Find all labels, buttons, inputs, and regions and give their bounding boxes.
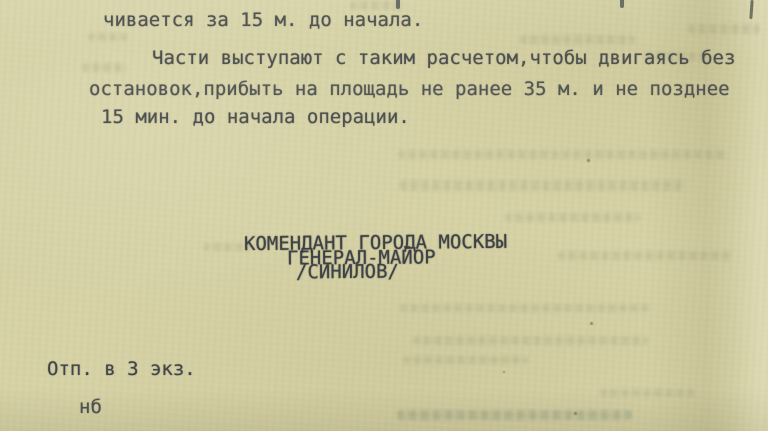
typist-initials: нб: [79, 399, 102, 416]
cutoff-letter-fragment: [620, 0, 624, 8]
bleedthrough-smudge: [520, 35, 635, 44]
bleedthrough-smudge: [403, 356, 528, 364]
pen-stroke-mark: [749, 0, 753, 19]
paper-speck: [590, 322, 593, 325]
bleedthrough-smudge: [558, 251, 733, 260]
cutoff-letter-fragment: [396, 0, 400, 9]
typed-paragraph-line-3: 15 мин. до начала операции.: [101, 109, 410, 126]
bleedthrough-smudge: [397, 410, 632, 420]
bleedthrough-smudge: [82, 63, 127, 72]
bleedthrough-smudge: [600, 389, 695, 397]
signature-name: /СИНИЛОВ/: [296, 264, 399, 282]
bleedthrough-smudge: [688, 24, 760, 34]
bleedthrough-smudge: [505, 213, 640, 222]
bleedthrough-smudge: [400, 180, 685, 191]
bleedthrough-smudge: [413, 336, 648, 345]
paper-speck: [587, 159, 590, 162]
typed-paragraph-line-1: Части выступают с таким расчетом,чтобы д…: [152, 50, 735, 67]
paper-speck: [574, 412, 577, 415]
bleedthrough-smudge: [398, 150, 728, 159]
bleedthrough-smudge: [400, 304, 650, 312]
paper-speck: [503, 371, 505, 373]
scanned-document: чивается за 15 м. до начала. Части высту…: [0, 0, 768, 431]
typed-paragraph-line-2: остановок,прибыть на площадь не ранее 35…: [89, 81, 730, 98]
bleedthrough-smudge: [88, 33, 128, 41]
typed-line-continuation: чивается за 15 м. до начала.: [103, 12, 423, 29]
copies-note: Отп. в 3 экз.: [47, 361, 196, 378]
